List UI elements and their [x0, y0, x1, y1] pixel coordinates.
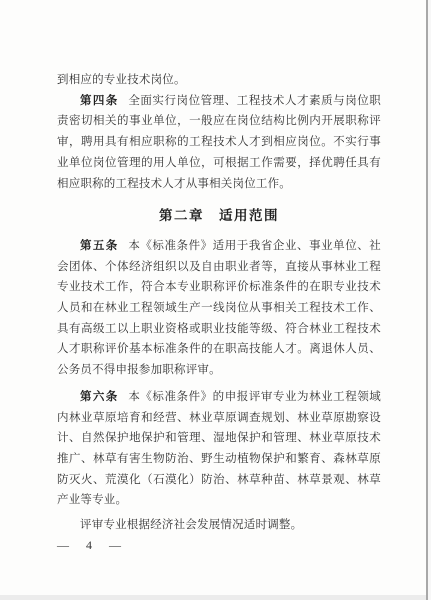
article-6-text: 本《标准条件》的申报评审专业为林业工程领域内林业草原培育和经营、林业草原调查规划… [57, 391, 381, 507]
closing-note: 评审专业根据经济社会发展情况适时调整。 [57, 515, 381, 536]
chapter-heading: 第二章 适用范围 [57, 206, 381, 227]
article-4-text: 全面实行岗位管理、工程技术人才素质与岗位职责密切相关的事业单位，一般应在岗位结构… [57, 95, 381, 190]
continuation-line: 到相应的专业技术岗位。 [57, 70, 381, 91]
page-number: — 4 — [57, 537, 128, 553]
article-6-paragraph: 第六条本《标准条件》的申报评审专业为林业工程领域内林业草原培育和经营、林业草原调… [57, 387, 381, 511]
document-body: 到相应的专业技术岗位。 第四条全面实行岗位管理、工程技术人才素质与岗位职责密切相… [57, 70, 381, 536]
article-5-paragraph: 第五条本《标准条件》适用于我省企业、事业单位、社会团体、个体经济组织以及自由职业… [57, 236, 381, 381]
article-5-text: 本《标准条件》适用于我省企业、事业单位、社会团体、个体经济组织以及自由职业者等，… [57, 240, 381, 376]
scan-bottom-shadow [0, 595, 431, 600]
scanned-document-page: 到相应的专业技术岗位。 第四条全面实行岗位管理、工程技术人才素质与岗位职责密切相… [0, 0, 431, 600]
scan-right-edge-line [426, 0, 428, 600]
article-5-label: 第五条 [80, 240, 119, 252]
article-4-paragraph: 第四条全面实行岗位管理、工程技术人才素质与岗位职责密切相关的事业单位，一般应在岗… [57, 91, 381, 195]
article-4-label: 第四条 [80, 95, 119, 107]
article-6-label: 第六条 [80, 391, 119, 403]
